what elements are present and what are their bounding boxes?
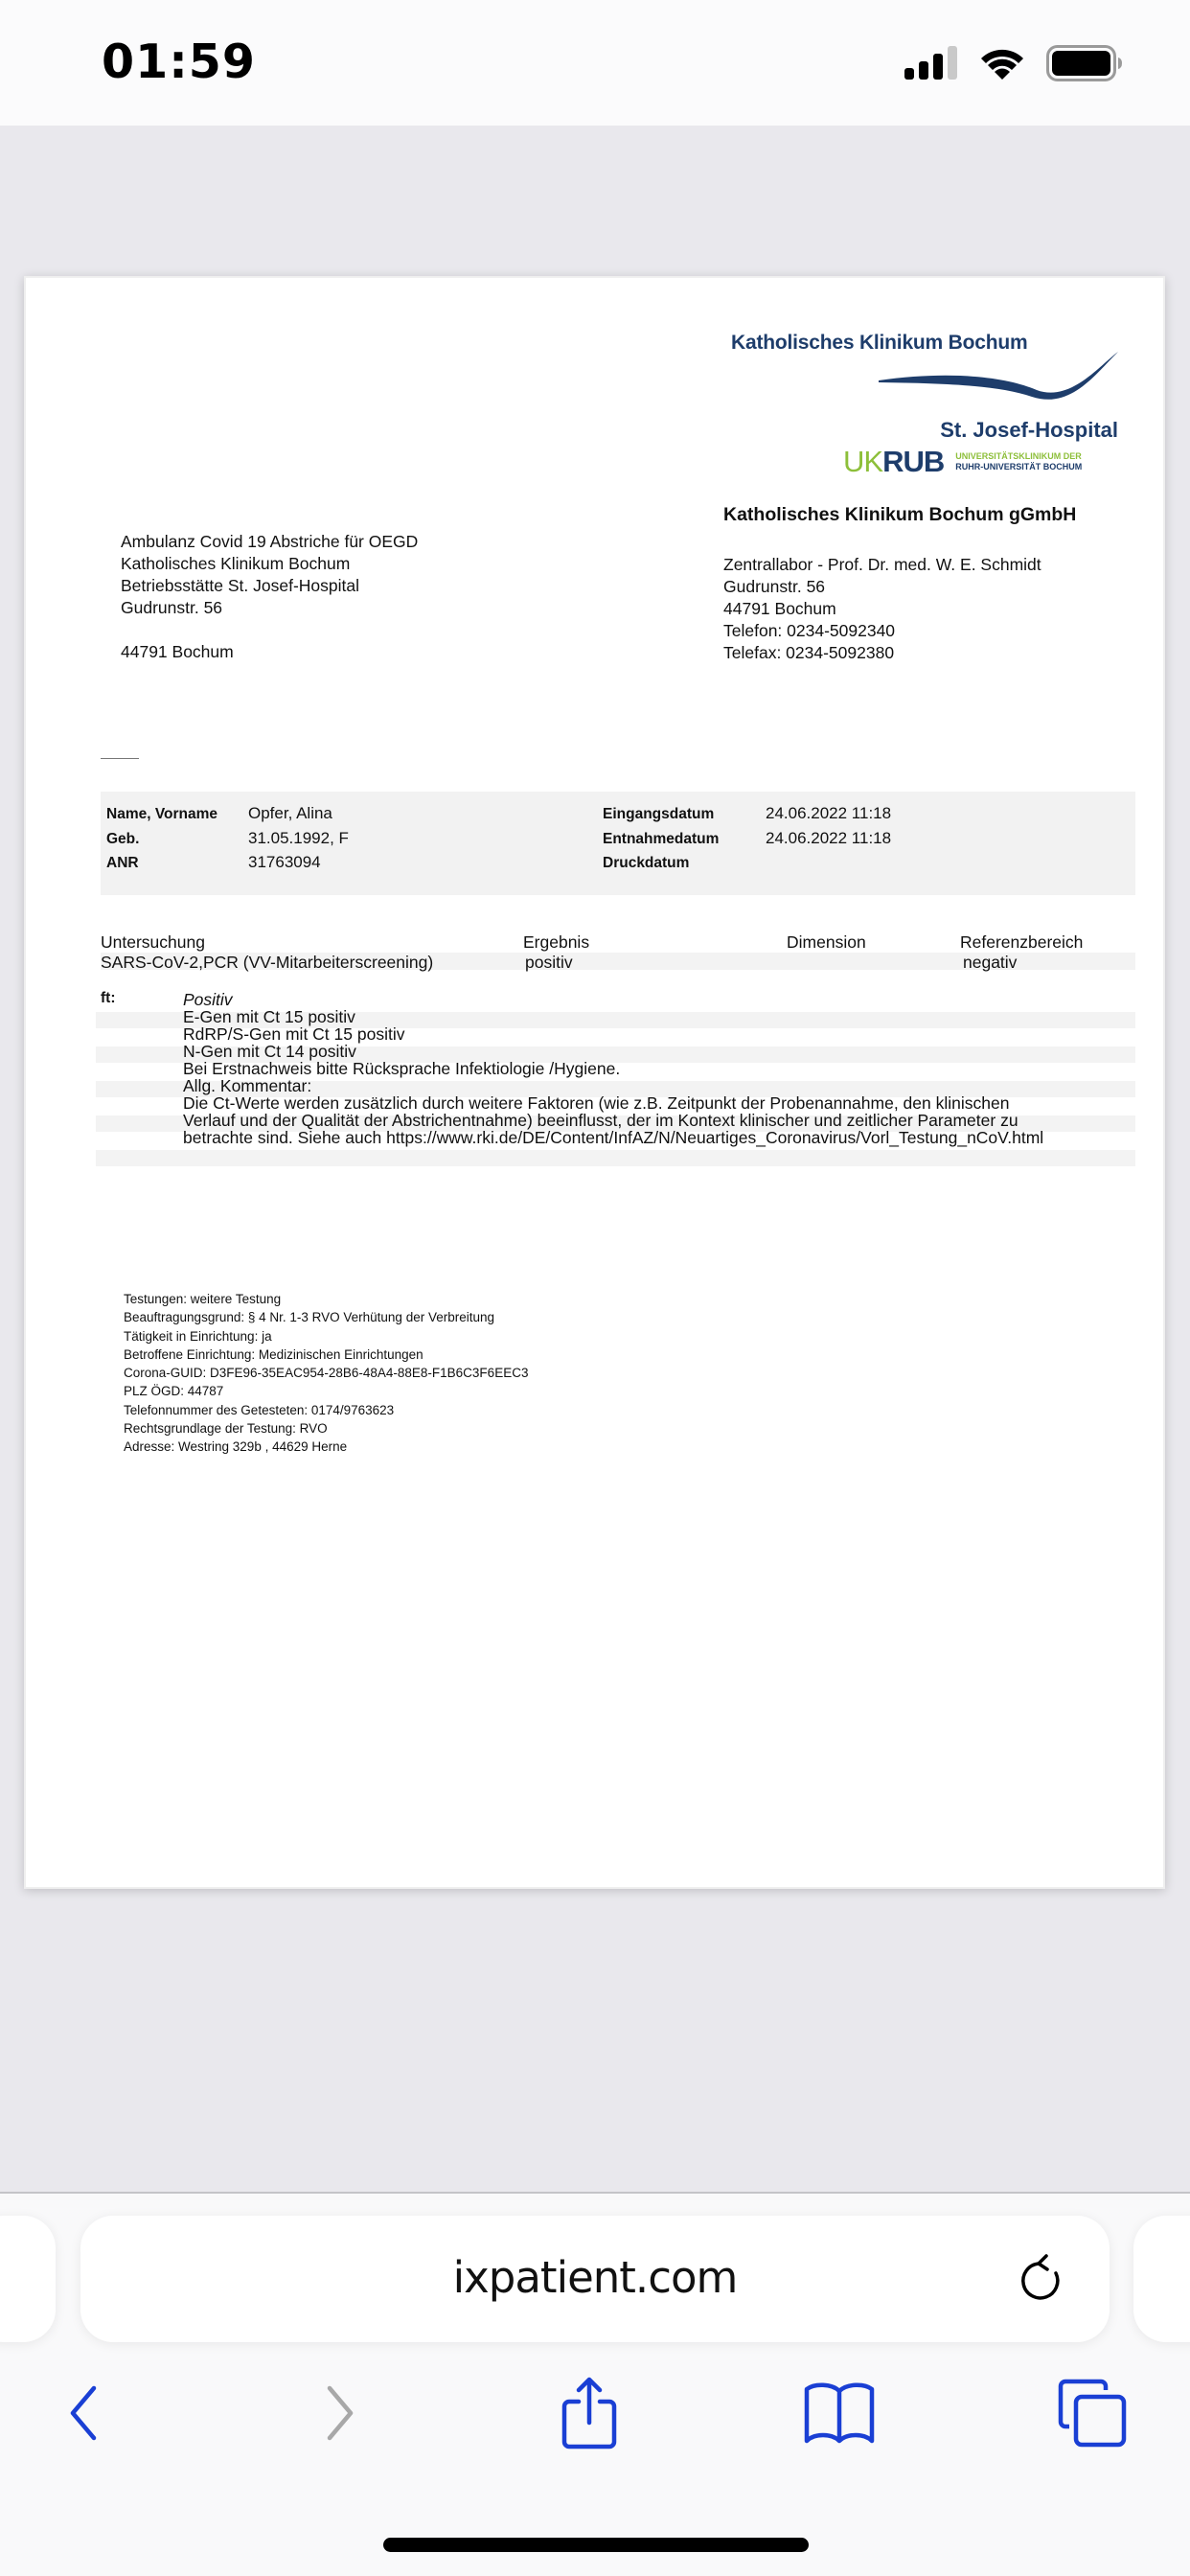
- sender-line: 44791 Bochum: [121, 641, 418, 663]
- metadata-line: Rechtsgrundlage der Testung: RVO: [124, 1419, 528, 1437]
- comment-line: N-Gen mit Ct 14 positiv: [183, 1043, 356, 1060]
- metadata-line: Telefonnummer des Getesteten: 0174/97636…: [124, 1401, 528, 1419]
- ukrub-line-1: UNIVERSITÄTSKLINIKUM DER: [955, 451, 1082, 462]
- sample-date-label: Entnahmedatum: [603, 830, 719, 849]
- share-button[interactable]: [551, 2375, 628, 2451]
- hospital-logo-swoosh-icon: [859, 328, 1128, 404]
- chevron-left-icon: [63, 2384, 102, 2442]
- tabs-button[interactable]: [1054, 2375, 1131, 2451]
- col-header-result: Ergebnis: [523, 931, 589, 953]
- result-reference: negativ: [963, 952, 1017, 973]
- comment-title: Positiv: [183, 991, 233, 1008]
- sender-line: Ambulanz Covid 19 Abstriche für OEGD: [121, 531, 418, 553]
- test-metadata: Testungen: weitere Testung Beauftragungs…: [124, 1290, 528, 1457]
- sender-address: Ambulanz Covid 19 Abstriche für OEGD Kat…: [121, 531, 418, 663]
- comment-line: Verlauf und der Qualität der Abstrichent…: [183, 1112, 1018, 1129]
- wifi-icon: [979, 46, 1025, 80]
- patient-dob-label: Geb.: [106, 830, 139, 849]
- sender-line: [121, 619, 418, 641]
- ukrub-logo-rub: RUB: [882, 445, 944, 478]
- comment-line: Die Ct-Werte werden zusätzlich durch wei…: [183, 1094, 1009, 1112]
- book-icon: [803, 2381, 876, 2445]
- col-header-reference: Referenzbereich: [960, 931, 1083, 953]
- metadata-line: Beauftragungsgrund: § 4 Nr. 1-3 RVO Verh…: [124, 1308, 528, 1326]
- comment-band: [96, 1150, 1135, 1166]
- share-icon: [560, 2377, 619, 2449]
- metadata-line: Tätigkeit in Einrichtung: ja: [124, 1327, 528, 1345]
- lab-line: Gudrunstr. 56: [723, 576, 1041, 598]
- metadata-line: Adresse: Westring 329b , 44629 Herne: [124, 1437, 528, 1456]
- received-date-label: Eingangsdatum: [603, 805, 714, 824]
- forward-button[interactable]: [303, 2375, 379, 2451]
- comment-line: E-Gen mit Ct 15 positiv: [183, 1008, 355, 1025]
- lab-address: Zentrallabor - Prof. Dr. med. W. E. Schm…: [723, 554, 1041, 664]
- ukrub-logo-text: UNIVERSITÄTSKLINIKUM DER RUHR-UNIVERSITÄ…: [955, 451, 1082, 472]
- status-icons: [904, 42, 1123, 84]
- lab-line: Telefax: 0234-5092380: [723, 642, 1041, 664]
- comment-line: Bei Erstnachweis bitte Rücksprache Infek…: [183, 1060, 620, 1077]
- col-header-dimension: Dimension: [787, 931, 866, 953]
- next-tab-preview[interactable]: [1133, 2216, 1190, 2342]
- patient-info-box: Name, Vorname Opfer, Alina Geb. 31.05.19…: [101, 792, 1135, 895]
- result-value: positiv: [525, 952, 573, 973]
- sample-date-value: 24.06.2022 11:18: [766, 829, 891, 848]
- received-date-value: 24.06.2022 11:18: [766, 804, 891, 823]
- reload-icon[interactable]: [1018, 2252, 1071, 2306]
- hospital-logo-site: St. Josef-Hospital: [927, 418, 1118, 443]
- patient-name-value: Opfer, Alina: [248, 804, 332, 823]
- lab-line: Zentrallabor - Prof. Dr. med. W. E. Schm…: [723, 554, 1041, 576]
- sender-line: Gudrunstr. 56: [121, 597, 418, 619]
- divider: [101, 758, 139, 759]
- patient-anr-value: 31763094: [248, 853, 321, 872]
- lab-organization: Katholisches Klinikum Bochum gGmbH: [723, 504, 1076, 526]
- patient-dob-value: 31.05.1992, F: [248, 829, 349, 848]
- metadata-line: PLZ ÖGD: 44787: [124, 1382, 528, 1400]
- lab-line: 44791 Bochum: [723, 598, 1041, 620]
- result-test-name: SARS-CoV-2,PCR (VV-Mitarbeiterscreening): [101, 952, 433, 973]
- pdf-page: Katholisches Klinikum Bochum St. Josef-H…: [24, 276, 1165, 1889]
- patient-name-label: Name, Vorname: [106, 805, 217, 824]
- col-header-test: Untersuchung: [101, 931, 205, 953]
- metadata-line: Betroffene Einrichtung: Medizinischen Ei…: [124, 1345, 528, 1364]
- status-time: 01:59: [102, 34, 256, 89]
- print-date-label: Druckdatum: [603, 854, 689, 873]
- ukrub-logo: UKRUB UNIVERSITÄTSKLINIKUM DER RUHR-UNIV…: [843, 445, 1082, 479]
- chevron-right-icon: [322, 2384, 360, 2442]
- previous-tab-preview[interactable]: [0, 2216, 56, 2342]
- bookmarks-button[interactable]: [801, 2375, 878, 2451]
- tabs-icon: [1058, 2379, 1127, 2448]
- home-indicator[interactable]: [383, 2538, 809, 2552]
- metadata-line: Corona-GUID: D3FE96-35EAC954-28B6-48A4-8…: [124, 1364, 528, 1382]
- ukrub-logo-uk: UK: [843, 445, 882, 478]
- patient-anr-label: ANR: [106, 854, 139, 873]
- cellular-signal-icon: [904, 46, 958, 80]
- url-text[interactable]: ixpatient.com: [80, 2252, 1110, 2303]
- address-bar[interactable]: ixpatient.com: [80, 2216, 1110, 2342]
- comment-line: Allg. Kommentar:: [183, 1077, 311, 1094]
- lab-line: Telefon: 0234-5092340: [723, 620, 1041, 642]
- comment-label: ft:: [101, 990, 116, 1007]
- battery-full-icon: [1046, 45, 1123, 81]
- sender-line: Betriebsstätte St. Josef-Hospital: [121, 575, 418, 597]
- status-bar: 01:59: [0, 0, 1190, 126]
- sender-line: Katholisches Klinikum Bochum: [121, 553, 418, 575]
- metadata-line: Testungen: weitere Testung: [124, 1290, 528, 1308]
- comment-line: RdRP/S-Gen mit Ct 15 positiv: [183, 1025, 404, 1043]
- comment-line: betrachte sind. Siehe auch https://www.r…: [183, 1129, 1043, 1146]
- ukrub-line-2: RUHR-UNIVERSITÄT BOCHUM: [955, 462, 1082, 472]
- back-button[interactable]: [44, 2375, 121, 2451]
